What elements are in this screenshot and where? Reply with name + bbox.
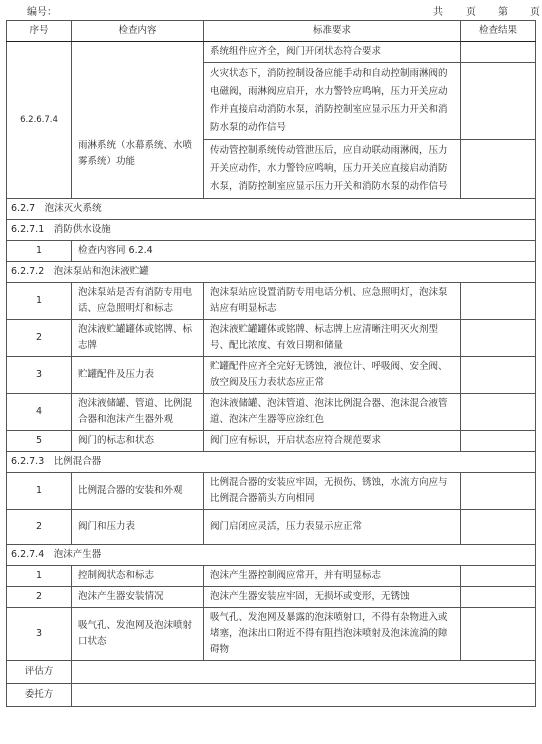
page-label-1: 页: [466, 3, 476, 18]
row-content: 阀门和压力表: [72, 510, 204, 545]
section-title: 6.2.7.3 比例混合器: [7, 452, 536, 473]
col-header-result: 检查结果: [461, 21, 536, 42]
assessor-label: 评估方: [7, 661, 72, 684]
row-result[interactable]: [461, 357, 536, 394]
section-title: 6.2.7.4 泡沫产生器: [7, 545, 536, 566]
section-title: 6.2.7 泡沫灭火系统: [7, 199, 536, 220]
doc-number-label: 编号：: [27, 3, 57, 18]
row-requirement: 阀门应有标识，开启状态应符合规范要求: [204, 431, 461, 452]
row-no: 2: [7, 587, 72, 608]
row-result[interactable]: [461, 283, 536, 320]
row-no: 1: [7, 473, 72, 510]
client-label: 委托方: [7, 684, 72, 707]
row-no: 2: [7, 510, 72, 545]
row-result[interactable]: [461, 566, 536, 587]
table-row: 3 贮罐配件及压力表 贮罐配件应齐全完好无锈蚀，液位计、呼吸阀、安全阀、放空阀及…: [7, 357, 536, 394]
table-row: 2 泡沫液贮罐罐体或铭牌、标志牌 泡沫液贮罐罐体或铭牌、标志牌上应清晰注明灭火剂…: [7, 320, 536, 357]
row-no: 3: [7, 357, 72, 394]
total-label: 共: [433, 3, 443, 18]
row-requirement: 传动管控制系统传动管泄压后，应自动联动雨淋阀，压力开关应动作，水力警铃应鸣响，压…: [204, 140, 461, 199]
page-label-2: 页: [530, 3, 540, 18]
row-requirement: 系统组件应齐全，阀门开闭状态符合要求: [204, 42, 461, 63]
row-result[interactable]: [461, 42, 536, 63]
section-title: 6.2.7.1 消防供水设施: [7, 220, 536, 241]
row-id: 6.2.6.7.4: [7, 42, 72, 199]
row-result[interactable]: [461, 394, 536, 431]
row-requirement: 泡沫液贮罐罐体或铭牌、标志牌上应清晰注明灭火剂型号、配比浓度、有效日期和储量: [204, 320, 461, 357]
page-header: 编号： 共 页 第 页: [0, 3, 542, 17]
section-row: 6.2.7.1 消防供水设施: [7, 220, 536, 241]
table-row: 6.2.6.7.4 雨淋系统（水幕系统、水喷雾系统）功能 系统组件应齐全，阀门开…: [7, 42, 536, 63]
col-header-no: 序号: [7, 21, 72, 42]
col-header-content: 检查内容: [72, 21, 204, 42]
table-row: 5 阀门的标志和状态 阀门应有标识，开启状态应符合规范要求: [7, 431, 536, 452]
row-no: 1: [7, 283, 72, 320]
row-result[interactable]: [461, 608, 536, 661]
table-row: 2 泡沫产生器安装情况 泡沫产生器安装应牢固，无损坏或变形，无锈蚀: [7, 587, 536, 608]
inspection-table: 序号 检查内容 标准要求 检查结果 6.2.6.7.4 雨淋系统（水幕系统、水喷…: [6, 20, 536, 707]
row-content: 泡沫液贮罐罐体或铭牌、标志牌: [72, 320, 204, 357]
row-no: 1: [7, 566, 72, 587]
row-content: 贮罐配件及压力表: [72, 357, 204, 394]
row-no: 4: [7, 394, 72, 431]
row-result[interactable]: [461, 431, 536, 452]
row-no: 3: [7, 608, 72, 661]
row-content: 控制阀状态和标志: [72, 566, 204, 587]
table-row: 1 控制阀状态和标志 泡沫产生器控制阀应常开，并有明显标志: [7, 566, 536, 587]
row-content: 比例混合器的安装和外观: [72, 473, 204, 510]
row-requirement: 比例混合器的安装应牢固，无损伤、锈蚀，水流方向应与比例混合器箭头方向相同: [204, 473, 461, 510]
assessor-field[interactable]: [72, 661, 536, 684]
table-row: 1 检查内容同 6.2.4: [7, 241, 536, 262]
row-requirement: 阀门启闭应灵活，压力表显示应正常: [204, 510, 461, 545]
row-result[interactable]: [461, 473, 536, 510]
table-row: 3 吸气孔、发泡网及泡沫喷射口状态 吸气孔、发泡网及暴露的泡沫喷射口，不得有杂物…: [7, 608, 536, 661]
row-content: 雨淋系统（水幕系统、水喷雾系统）功能: [72, 42, 204, 199]
table-row: 1 泡沫泵站是否有消防专用电话、应急照明灯和标志 泡沫泵站应设置消防专用电话分机…: [7, 283, 536, 320]
row-content: 检查内容同 6.2.4: [72, 241, 536, 262]
nth-label: 第: [498, 3, 508, 18]
row-content: 泡沫泵站是否有消防专用电话、应急照明灯和标志: [72, 283, 204, 320]
row-requirement: 泡沫产生器控制阀应常开，并有明显标志: [204, 566, 461, 587]
row-result[interactable]: [461, 510, 536, 545]
table-row: 1 比例混合器的安装和外观 比例混合器的安装应牢固，无损伤、锈蚀，水流方向应与比…: [7, 473, 536, 510]
row-requirement: 贮罐配件应齐全完好无锈蚀，液位计、呼吸阀、安全阀、放空阀及压力表状态应正常: [204, 357, 461, 394]
client-field[interactable]: [72, 684, 536, 707]
row-content: 泡沫液储罐、管道、比例混合器和泡沫产生器外观: [72, 394, 204, 431]
table-row: 4 泡沫液储罐、管道、比例混合器和泡沫产生器外观 泡沫液储罐、泡沫管道、泡沫比例…: [7, 394, 536, 431]
row-requirement: 泡沫产生器安装应牢固，无损坏或变形，无锈蚀: [204, 587, 461, 608]
row-requirement: 泡沫泵站应设置消防专用电话分机、应急照明灯，泡沫泵站应有明显标志: [204, 283, 461, 320]
section-title: 6.2.7.2 泡沫泵站和泡沫液贮罐: [7, 262, 536, 283]
row-result[interactable]: [461, 140, 536, 199]
row-result[interactable]: [461, 320, 536, 357]
section-row: 6.2.7.3 比例混合器: [7, 452, 536, 473]
row-content: 吸气孔、发泡网及泡沫喷射口状态: [72, 608, 204, 661]
table-row: 2 阀门和压力表 阀门启闭应灵活，压力表显示应正常: [7, 510, 536, 545]
row-content: 泡沫产生器安装情况: [72, 587, 204, 608]
section-row: 6.2.7.4 泡沫产生器: [7, 545, 536, 566]
row-content: 阀门的标志和状态: [72, 431, 204, 452]
row-requirement: 火灾状态下，消防控制设备应能手动和自动控制雨淋阀的电磁阀，雨淋阀应启开，水力警铃…: [204, 63, 461, 140]
row-result[interactable]: [461, 587, 536, 608]
table-header-row: 序号 检查内容 标准要求 检查结果: [7, 21, 536, 42]
section-row: 6.2.7 泡沫灭火系统: [7, 199, 536, 220]
row-no: 2: [7, 320, 72, 357]
row-requirement: 泡沫液储罐、泡沫管道、泡沫比例混合器、泡沫混合液管道、泡沫产生器等应涂红色: [204, 394, 461, 431]
col-header-requirement: 标准要求: [204, 21, 461, 42]
row-requirement: 吸气孔、发泡网及暴露的泡沫喷射口，不得有杂物进入或堵塞，泡沫出口附近不得有阻挡泡…: [204, 608, 461, 661]
row-no: 5: [7, 431, 72, 452]
row-result[interactable]: [461, 63, 536, 140]
footer-row-client: 委托方: [7, 684, 536, 707]
section-row: 6.2.7.2 泡沫泵站和泡沫液贮罐: [7, 262, 536, 283]
footer-row-assessor: 评估方: [7, 661, 536, 684]
row-no: 1: [7, 241, 72, 262]
